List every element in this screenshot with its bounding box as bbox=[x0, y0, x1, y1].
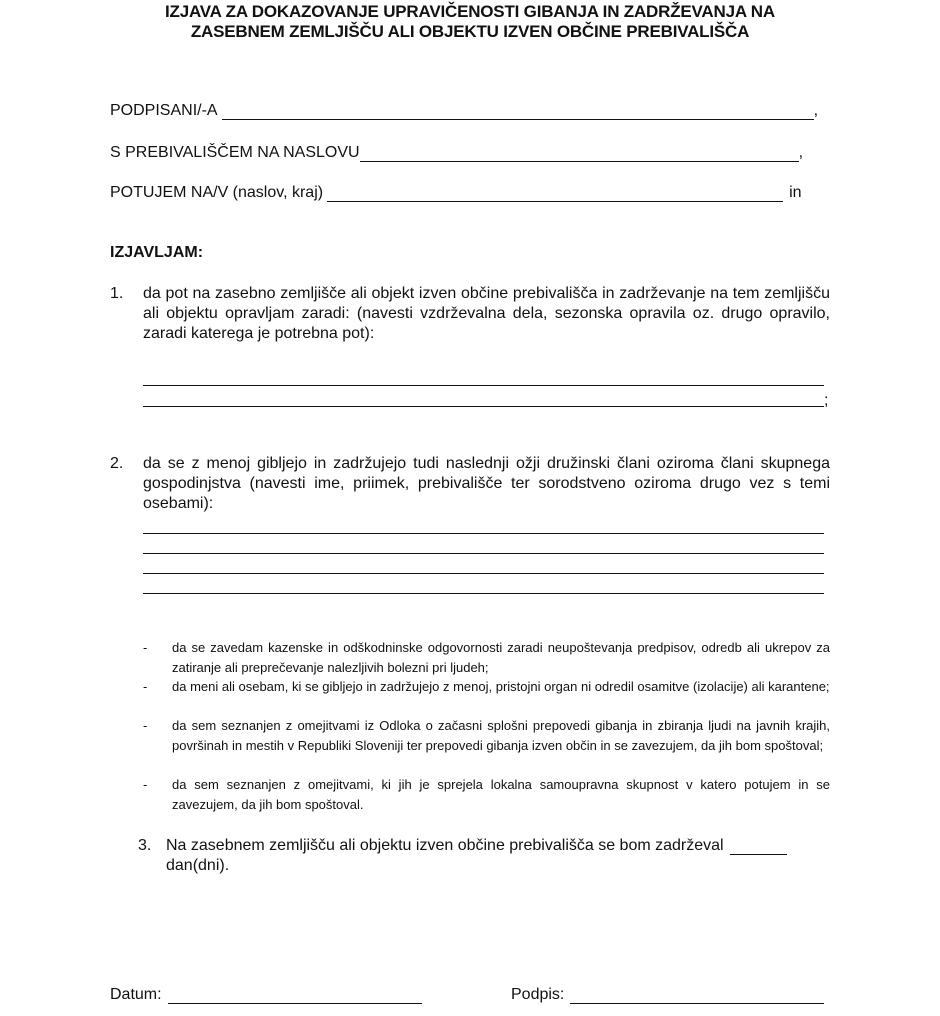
item-3-line1: Na zasebnem zemljišču ali objektu izven … bbox=[166, 837, 787, 855]
item-2-answer-line-3[interactable] bbox=[143, 573, 824, 574]
item-1-answer-line-2[interactable] bbox=[143, 406, 824, 407]
item-1-text: da pot na zasebno zemljišče ali objekt i… bbox=[143, 284, 830, 344]
destination-label: POTUJEM NA/V (naslov, kraj) bbox=[110, 184, 323, 202]
signatory-row: PODPISANI/-A , bbox=[110, 102, 818, 120]
signature-row: Podpis: bbox=[511, 986, 824, 1004]
item-2-number: 2. bbox=[110, 455, 123, 473]
signatory-field[interactable] bbox=[222, 103, 814, 120]
signatory-suffix: , bbox=[814, 102, 818, 120]
signature-field[interactable] bbox=[570, 987, 824, 1004]
bullet-3-dash: - bbox=[143, 718, 147, 733]
residence-row: S PREBIVALIŠČEM NA NASLOVU , bbox=[110, 144, 803, 162]
item-2-text: da se z menoj gibljejo in zadržujejo tud… bbox=[143, 454, 830, 514]
residence-suffix: , bbox=[799, 144, 803, 162]
signature-label: Podpis: bbox=[511, 986, 564, 1004]
date-label: Datum: bbox=[110, 986, 162, 1004]
bullet-1-text: da se zavedam kazenske in odškodninske o… bbox=[172, 638, 830, 677]
item-1-line-end: ; bbox=[824, 392, 828, 410]
item-2-answer-line-1[interactable] bbox=[143, 533, 824, 534]
destination-suffix: in bbox=[789, 184, 801, 202]
item-1-answer-line-1[interactable] bbox=[143, 385, 824, 386]
destination-field[interactable] bbox=[327, 185, 783, 202]
item-2-answer-line-4[interactable] bbox=[143, 593, 824, 594]
bullet-1-dash: - bbox=[143, 640, 147, 655]
declaration-heading: IZJAVLJAM: bbox=[110, 244, 203, 262]
signatory-label: PODPISANI/-A bbox=[110, 102, 218, 120]
item-3-text: Na zasebnem zemljišču ali objektu izven … bbox=[166, 837, 724, 855]
bullet-4-dash: - bbox=[143, 777, 147, 792]
days-field[interactable] bbox=[730, 838, 787, 855]
residence-field[interactable] bbox=[360, 145, 799, 162]
document-title-line1: IZJAVA ZA DOKAZOVANJE UPRAVIČENOSTI GIBA… bbox=[0, 2, 940, 22]
date-field[interactable] bbox=[168, 987, 422, 1004]
item-2-answer-line-2[interactable] bbox=[143, 553, 824, 554]
item-1-number: 1. bbox=[110, 285, 123, 303]
bullet-3-text: da sem seznanjen z omejitvami iz Odloka … bbox=[172, 716, 830, 755]
document-title-line2: ZASEBNEM ZEMLJIŠČU ALI OBJEKTU IZVEN OBČ… bbox=[0, 22, 940, 42]
date-row: Datum: bbox=[110, 986, 422, 1004]
item-3-number: 3. bbox=[138, 837, 151, 855]
residence-label: S PREBIVALIŠČEM NA NASLOVU bbox=[110, 144, 360, 162]
bullet-4-text: da sem seznanjen z omejitvami, ki jih je… bbox=[172, 775, 830, 814]
bullet-2-text: da meni ali osebam, ki se gibljejo in za… bbox=[172, 677, 830, 697]
item-3-text-line2: dan(dni). bbox=[166, 857, 229, 875]
destination-row: POTUJEM NA/V (naslov, kraj) in bbox=[110, 184, 802, 202]
bullet-2-dash: - bbox=[143, 679, 147, 694]
